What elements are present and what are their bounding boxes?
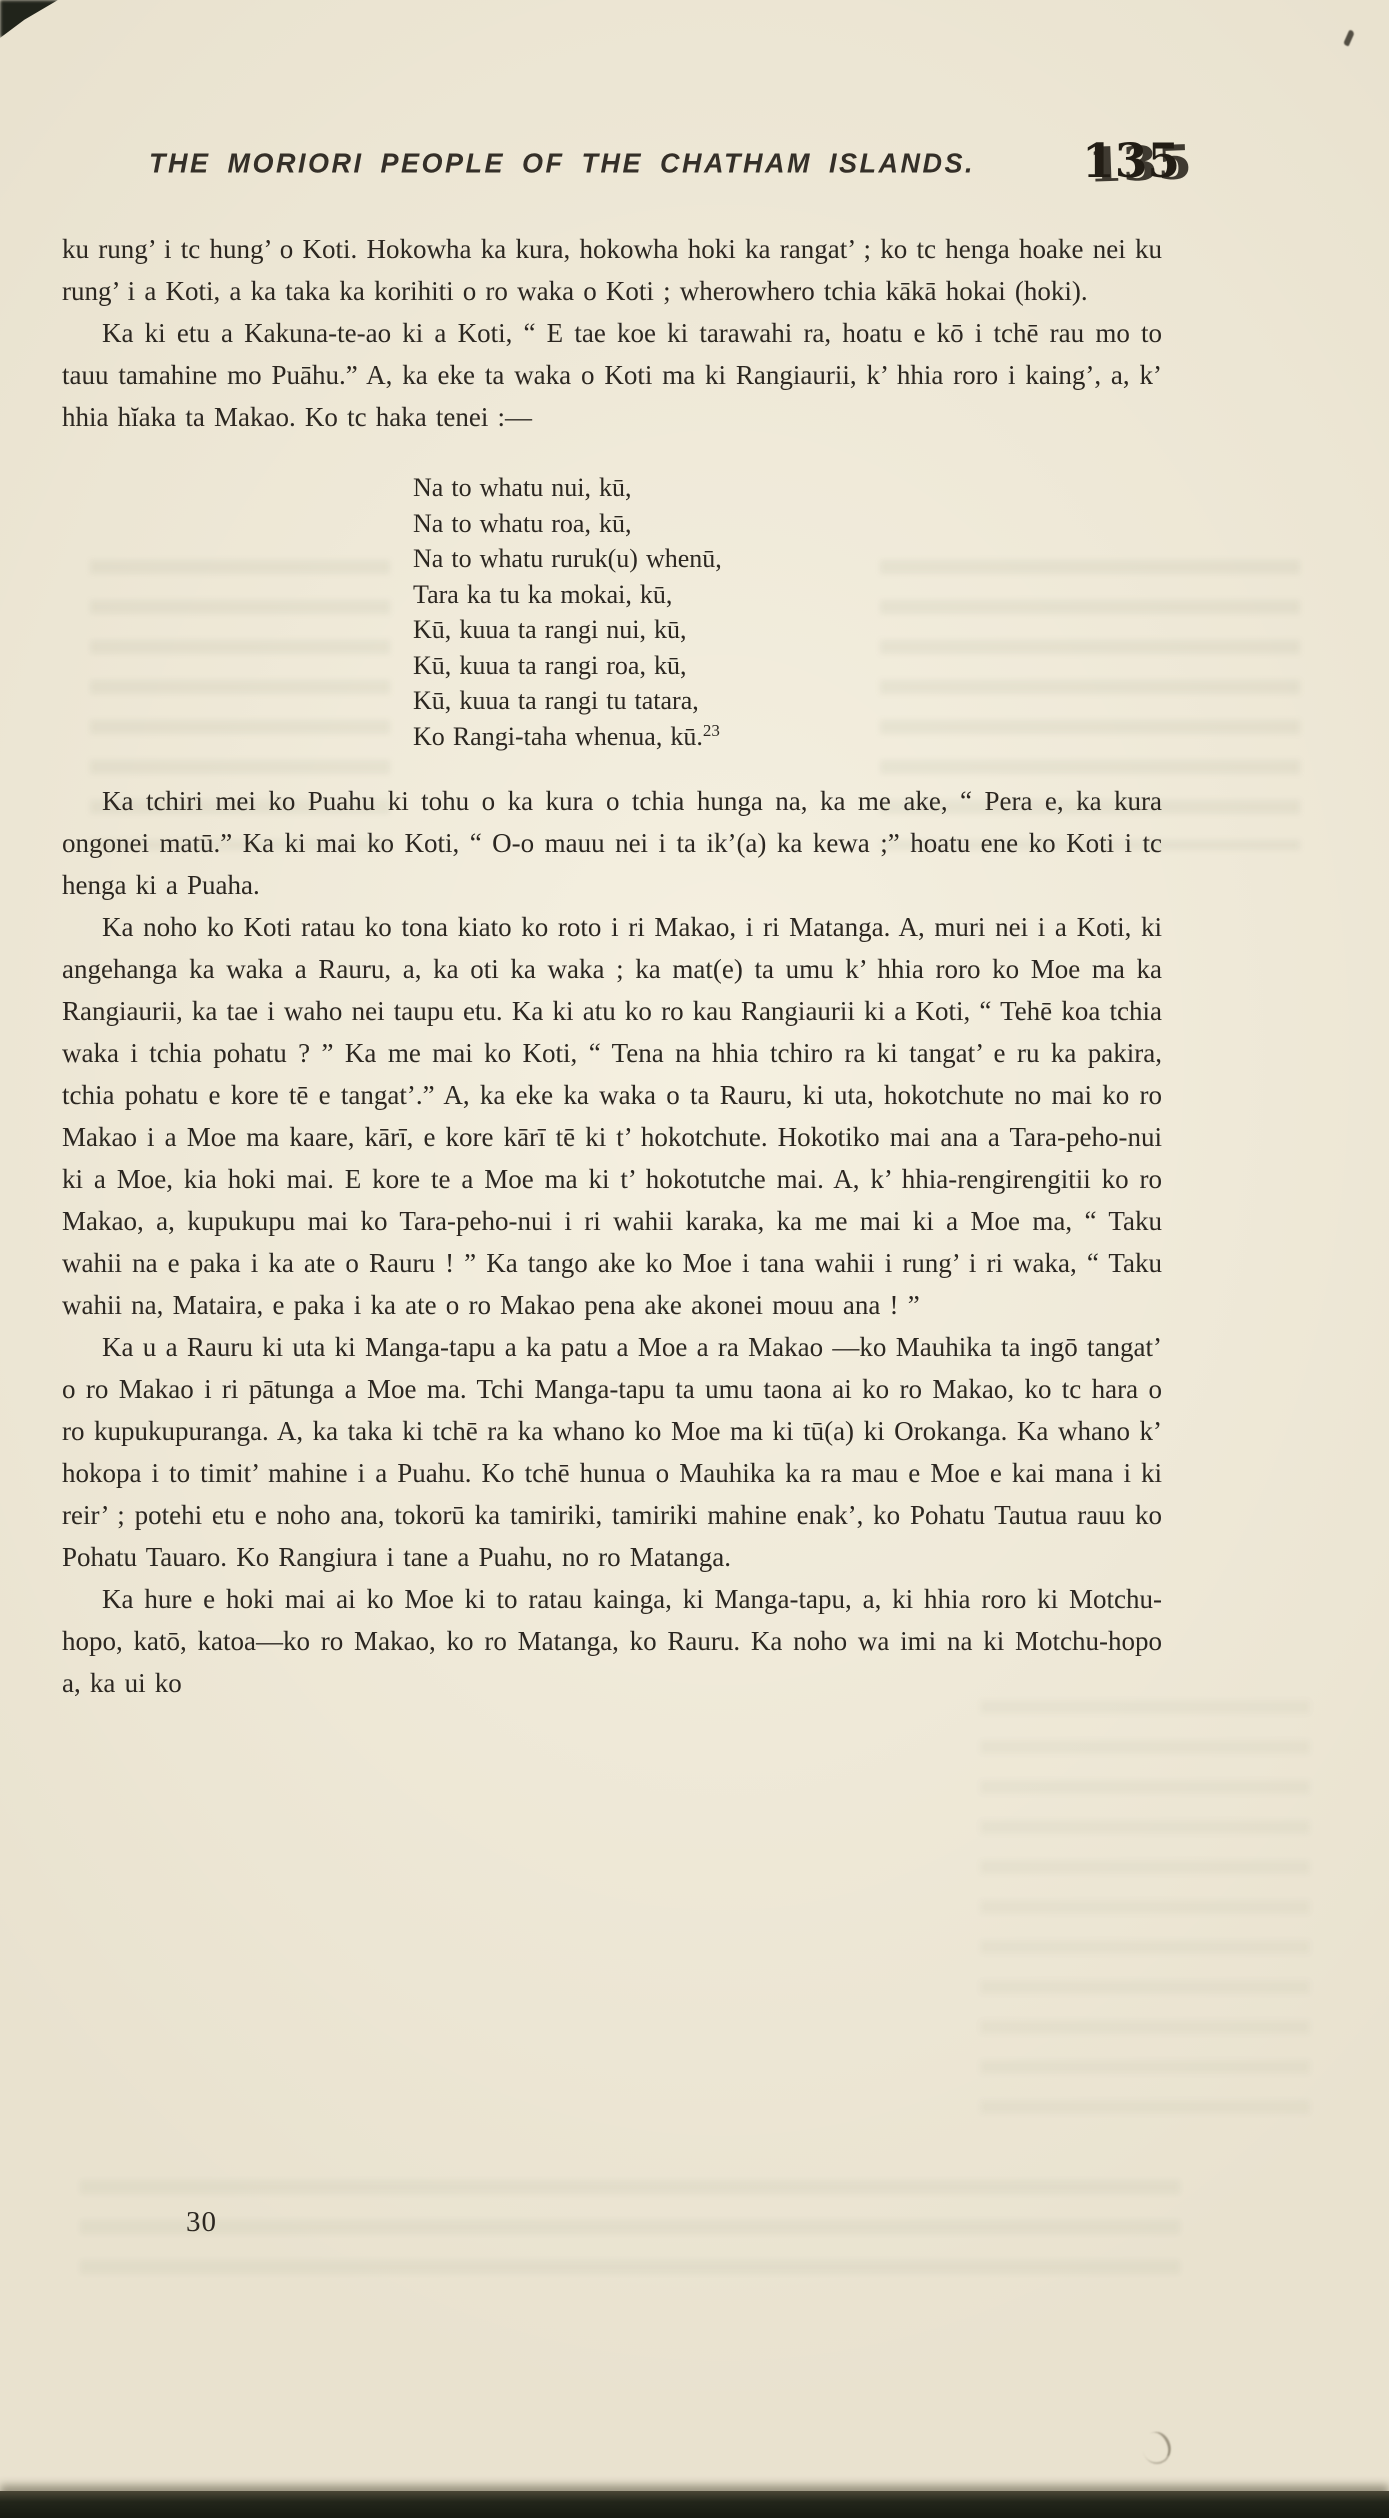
verse-line-text: Ko Rangi-taha whenua, kū. [413,722,703,751]
verse-line: Na to whatu ruruk(u) whenū, [413,541,1162,577]
showthrough-texture [80,2180,1180,2300]
verse-line: Na to whatu nui, kū, [413,470,1162,506]
verse-line: Na to whatu roa, kū, [413,506,1162,542]
paragraph: Ka tchiri mei ko Puahu ki tohu o ka kura… [62,780,1162,906]
verse-line: Tara ka tu ka mokai, kū, [413,577,1162,613]
verse-line: Kū, kuua ta rangi tu tatara, [413,683,1162,719]
paragraph: Ka ki etu a Kakuna-te-ao ki a Koti, “ E … [62,312,1162,438]
scanned-book-page: THE MORIORI PEOPLE OF THE CHATHAM ISLAND… [0,0,1389,2518]
verse-line: Kū, kuua ta rangi roa, kū, [413,648,1162,684]
pencil-squiggle [1139,2425,1174,2470]
page-number-overprint: 135 [1087,135,1193,194]
paragraph: Ka hure e hoki mai ai ko Moe ki to ratau… [62,1578,1162,1704]
body-text-column: ku rung’ i tc hung’ o Koti. Hokowha ka k… [62,228,1162,1704]
page-number: 135 135 [1082,134,1212,198]
verse-line: Ko Rangi-taha whenua, kū.23 [413,719,1162,755]
verse-line: Kū, kuua ta rangi nui, kū, [413,612,1162,648]
footnote-reference: 23 [703,721,720,740]
scan-corner-shadow [0,0,58,38]
chant-verse: Na to whatu nui, kū, Na to whatu roa, kū… [413,470,1162,754]
scan-bottom-edge [0,2491,1389,2518]
showthrough-texture [980,1700,1310,2120]
signature-mark: 30 [186,2206,217,2239]
running-title: THE MORIORI PEOPLE OF THE CHATHAM ISLAND… [62,147,1062,179]
paragraph-continuation: ku rung’ i tc hung’ o Koti. Hokowha ka k… [62,228,1162,312]
ink-speck [1343,29,1355,46]
paragraph: Ka noho ko Koti ratau ko tona kiato ko r… [62,906,1162,1326]
paragraph: Ka u a Rauru ki uta ki Manga-tapu a ka p… [62,1326,1162,1578]
